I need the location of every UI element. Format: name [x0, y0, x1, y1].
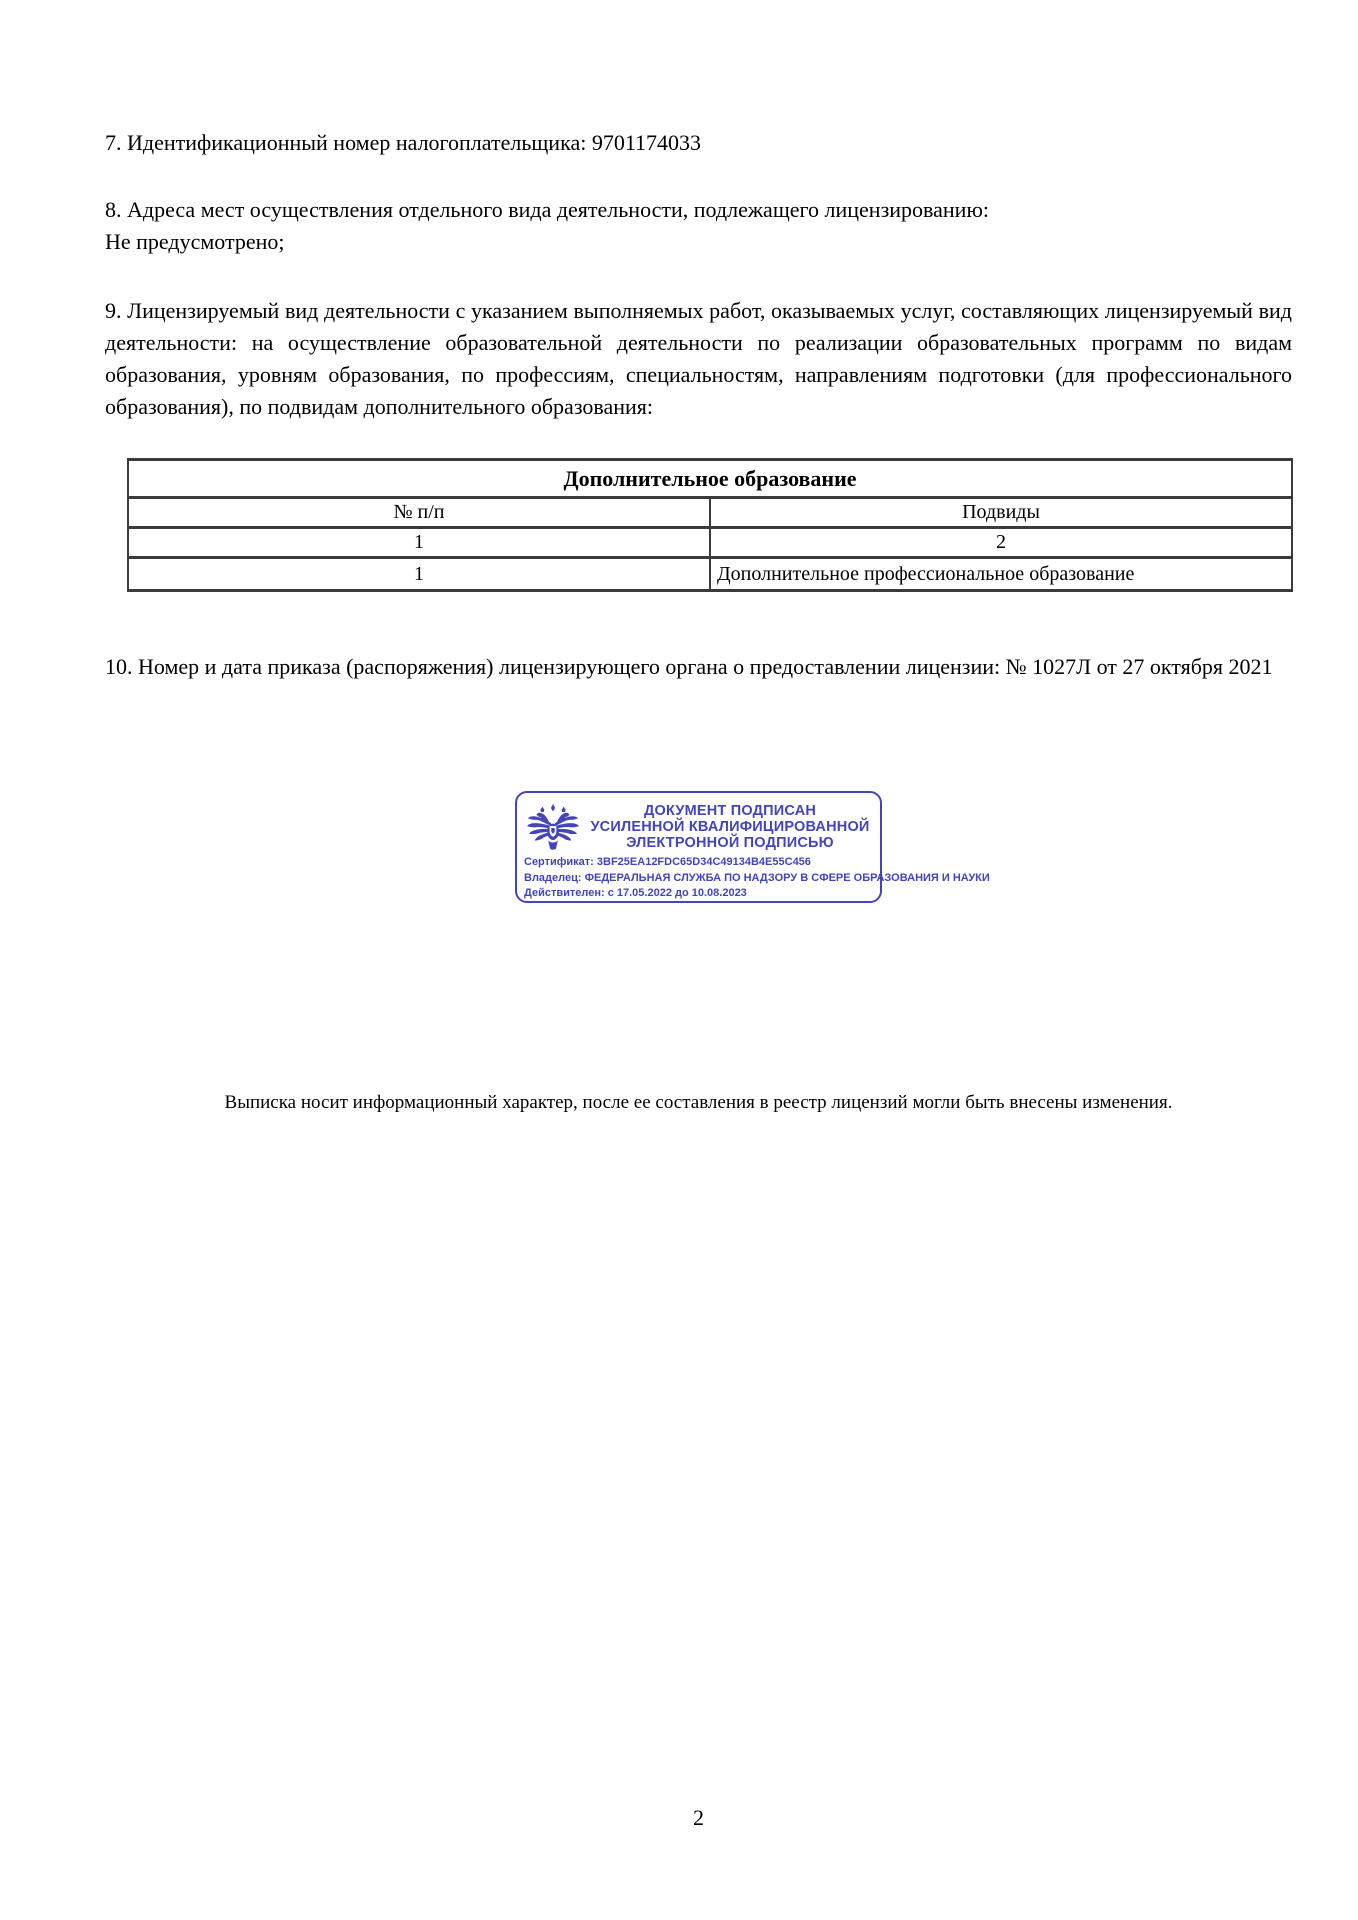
stamp-title: ДОКУМЕНТ ПОДПИСАН УСИЛЕННОЙ КВАЛИФИЦИРОВ…: [585, 803, 875, 851]
additional-education-table: Дополнительное образование № п/п Подвиды…: [127, 458, 1293, 592]
item-9-text: 9. Лицензируемый вид деятельности с указ…: [105, 298, 1292, 419]
stamp-owner: Владелец: ФЕДЕРАЛЬНАЯ СЛУЖБА ПО НАДЗОРУ …: [524, 871, 876, 887]
stamp-title-line-1: ДОКУМЕНТ ПОДПИСАН: [585, 803, 875, 819]
item-7-text: 7. Идентификационный номер налогоплатель…: [105, 130, 701, 155]
column-number-1: 1: [128, 528, 710, 558]
stamp-title-line-2: УСИЛЕННОЙ КВАЛИФИЦИРОВАННОЙ: [585, 819, 875, 835]
stamp-certificate: Сертификат: 3BF25EA12FDC65D34C49134B4E55…: [524, 855, 876, 871]
page-number: 2: [105, 1804, 1292, 1832]
footer-note: Выписка носит информационный характер, п…: [105, 1090, 1292, 1116]
table-title-row: Дополнительное образование: [128, 460, 1292, 498]
paragraph-item-9: 9. Лицензируемый вид деятельности с указ…: [105, 295, 1292, 423]
table-title: Дополнительное образование: [128, 460, 1292, 498]
item-8-line-1: 8. Адреса мест осуществления отдельного …: [105, 197, 989, 222]
paragraph-item-7: 7. Идентификационный номер налогоплатель…: [105, 127, 1292, 159]
table-column-number-row: 1 2: [128, 528, 1292, 558]
table-header-row: № п/п Подвиды: [128, 498, 1292, 528]
stamp-details: Сертификат: 3BF25EA12FDC65D34C49134B4E55…: [524, 855, 876, 902]
stamp-title-line-3: ЭЛЕКТРОННОЙ ПОДПИСЬЮ: [585, 835, 875, 851]
column-header-number: № п/п: [128, 498, 710, 528]
paragraph-item-10: 10. Номер и дата приказа (распоряжения) …: [105, 651, 1292, 683]
item-10-text: 10. Номер и дата приказа (распоряжения) …: [105, 654, 1273, 679]
stamp-validity: Действителен: с 17.05.2022 до 10.08.2023: [524, 886, 876, 902]
document-page: 7. Идентификационный номер налогоплатель…: [0, 0, 1358, 1920]
paragraph-item-8: 8. Адреса мест осуществления отдельного …: [105, 194, 1292, 258]
row-number-cell: 1: [128, 558, 710, 591]
item-8-line-2: Не предусмотрено;: [105, 229, 285, 254]
column-header-subtypes: Подвиды: [710, 498, 1292, 528]
table-row: 1 Дополнительное профессиональное образо…: [128, 558, 1292, 591]
page-number-text: 2: [693, 1805, 704, 1830]
column-number-2: 2: [710, 528, 1292, 558]
coat-of-arms-icon: [524, 802, 582, 854]
electronic-signature-stamp: ДОКУМЕНТ ПОДПИСАН УСИЛЕННОЙ КВАЛИФИЦИРОВ…: [515, 791, 882, 903]
row-subtype-cell: Дополнительное профессиональное образова…: [710, 558, 1292, 591]
footer-note-text: Выписка носит информационный характер, п…: [225, 1092, 1173, 1113]
